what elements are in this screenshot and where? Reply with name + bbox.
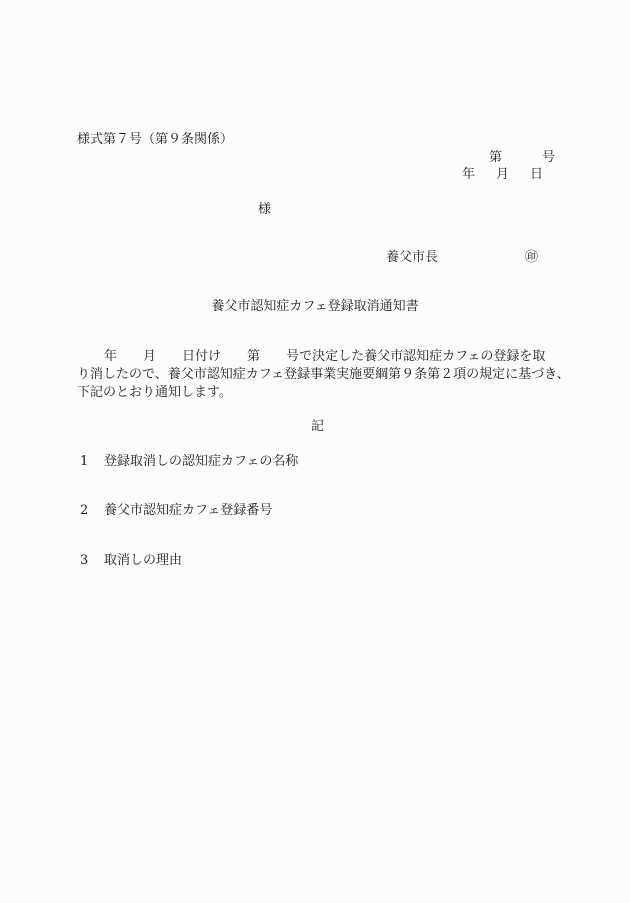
issuer: 養父市長㊞ — [386, 249, 538, 267]
recipient-suffix: 様 — [258, 201, 271, 219]
body-day: 日付け — [182, 349, 221, 364]
list-item: 1登録取消しの認知症カフェの名称 — [80, 453, 298, 471]
body-line-2: り消したので、養父市認知症カフェ登録事業実施要綱第９条第２項の規定に基づき、 — [77, 366, 577, 384]
seal-icon: ㊞ — [525, 249, 538, 267]
doc-number-prefix: 第 — [489, 150, 502, 165]
doc-number-suffix: 号 — [542, 150, 555, 165]
body-no-prefix: 第 — [247, 349, 260, 364]
ki-heading: 記 — [311, 418, 324, 436]
date-day: 日 — [530, 167, 543, 182]
document-title: 養父市認知症カフェ登録取消通知書 — [0, 298, 630, 316]
item-number: 1 — [80, 453, 104, 471]
document-date: 年月日 — [462, 166, 543, 184]
item-number: 2 — [80, 502, 104, 520]
body-month: 月 — [143, 349, 156, 364]
list-item: 2養父市認知症カフェ登録番号 — [80, 502, 272, 520]
item-number: 3 — [80, 552, 104, 570]
document-number: 第号 — [489, 149, 555, 167]
list-item: 3取消しの理由 — [80, 552, 182, 570]
body-line-1-rest: 号で決定した養父市認知症カフェの登録を取 — [286, 349, 545, 364]
item-label: 養父市認知症カフェ登録番号 — [104, 503, 272, 518]
item-label: 取消しの理由 — [104, 553, 182, 568]
document-title-text: 養父市認知症カフェ登録取消通知書 — [211, 299, 418, 314]
body-line-3: 下記のとおり通知します。 — [77, 384, 577, 402]
body-year: 年 — [104, 349, 117, 364]
body-paragraph: 年月日付け第号で決定した養父市認知症カフェの登録を取 り消したので、養父市認知症… — [77, 348, 577, 402]
date-month: 月 — [496, 167, 509, 182]
item-label: 登録取消しの認知症カフェの名称 — [104, 454, 298, 469]
date-year: 年 — [462, 167, 475, 182]
issuer-name: 養父市長 — [386, 250, 438, 265]
body-line-1: 年月日付け第号で決定した養父市認知症カフェの登録を取 — [77, 348, 577, 366]
form-label: 様式第７号（第９条関係） — [77, 131, 233, 149]
